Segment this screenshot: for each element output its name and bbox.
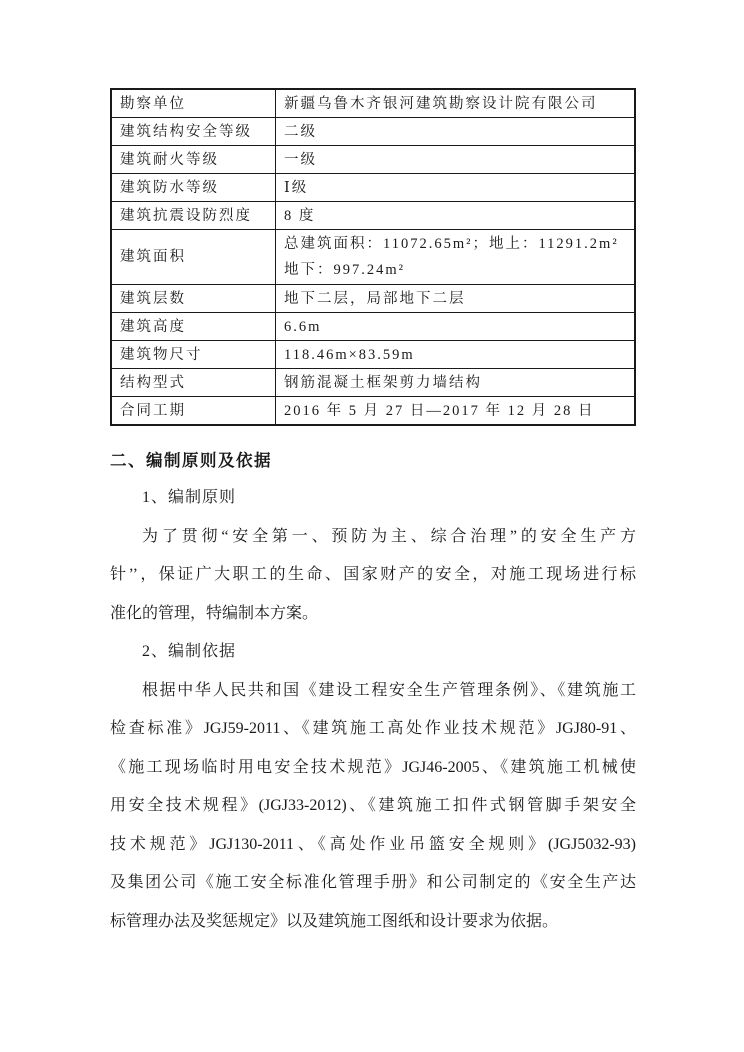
paragraph-line: 及集团公司《施工安全标准化管理手册》和公司制定的《安全生产达 — [110, 864, 636, 903]
row-label: 建筑物尺寸 — [111, 341, 276, 369]
row-label: 合同工期 — [111, 397, 276, 426]
row-value: 8 度 — [276, 202, 636, 230]
paragraph-line: 技术规范》JGJ130-2011、《高处作业吊篮安全规则》(JGJ5032-93… — [110, 826, 636, 865]
table-row: 建筑结构安全等级 二级 — [111, 118, 635, 146]
paragraph-line: 针’’，保证广大职工的生命、国家财产的安全，对施工现场进行标 — [110, 556, 636, 595]
row-value: 一级 — [276, 146, 636, 174]
paragraph-line: 为了贯彻“安全第一、预防为主、综合治理”的安全生产方 — [110, 518, 636, 557]
section-2: 二、编制原则及依据 1、编制原则 为了贯彻“安全第一、预防为主、综合治理”的安全… — [110, 450, 636, 941]
subheading-2: 2、编制依据 — [110, 633, 636, 672]
table-row: 建筑防水等级 Ⅰ级 — [111, 174, 635, 202]
document-page: 勘察单位 新疆乌鲁木齐银河建筑勘察设计院有限公司 建筑结构安全等级 二级 建筑耐… — [0, 0, 744, 1052]
row-label: 建筑高度 — [111, 313, 276, 341]
subheading-1: 1、编制原则 — [110, 479, 636, 518]
paragraph-line: 标管理办法及奖惩规定》以及建筑施工图纸和设计要求为依据。 — [110, 903, 636, 942]
row-label: 建筑面积 — [111, 230, 276, 285]
row-value: 6.6m — [276, 313, 636, 341]
row-value: 118.46m×83.59m — [276, 341, 636, 369]
table-row: 建筑层数 地下二层，局部地下二层 — [111, 285, 635, 313]
project-info-table: 勘察单位 新疆乌鲁木齐银河建筑勘察设计院有限公司 建筑结构安全等级 二级 建筑耐… — [110, 88, 636, 426]
table-row: 建筑抗震设防烈度 8 度 — [111, 202, 635, 230]
section-heading: 二、编制原则及依据 — [110, 450, 636, 472]
row-value: 新疆乌鲁木齐银河建筑勘察设计院有限公司 — [276, 89, 636, 118]
row-value: 地下二层，局部地下二层 — [276, 285, 636, 313]
table-row: 建筑面积 总建筑面积：11072.65m²；地上：11291.2m² 地下：99… — [111, 230, 635, 285]
table-row: 建筑物尺寸 118.46m×83.59m — [111, 341, 635, 369]
paragraph-line: 用安全技术规程》(JGJ33-2012)、《建筑施工扣件式钢管脚手架安全 — [110, 787, 636, 826]
row-value: 二级 — [276, 118, 636, 146]
table-row: 勘察单位 新疆乌鲁木齐银河建筑勘察设计院有限公司 — [111, 89, 635, 118]
row-label: 建筑防水等级 — [111, 174, 276, 202]
row-value: 总建筑面积：11072.65m²；地上：11291.2m² 地下：997.24m… — [276, 230, 636, 285]
table-row: 合同工期 2016 年 5 月 27 日—2017 年 12 月 28 日 — [111, 397, 635, 426]
row-label: 建筑结构安全等级 — [111, 118, 276, 146]
paragraph-line: 《施工现场临时用电安全技术规范》JGJ46-2005、《建筑施工机械使 — [110, 749, 636, 788]
paragraph-line: 检查标准》JGJ59-2011、《建筑施工高处作业技术规范》JGJ80-91、 — [110, 710, 636, 749]
paragraph-line: 根据中华人民共和国《建设工程安全生产管理条例》、《建筑施工 — [110, 672, 636, 711]
row-label: 建筑抗震设防烈度 — [111, 202, 276, 230]
row-label: 建筑层数 — [111, 285, 276, 313]
row-value: 钢筋混凝土框架剪力墙结构 — [276, 369, 636, 397]
paragraph-line: 准化的管理，特编制本方案。 — [110, 595, 636, 634]
row-value: 2016 年 5 月 27 日—2017 年 12 月 28 日 — [276, 397, 636, 426]
row-label: 勘察单位 — [111, 89, 276, 118]
table-row: 建筑耐火等级 一级 — [111, 146, 635, 174]
row-label: 建筑耐火等级 — [111, 146, 276, 174]
row-label: 结构型式 — [111, 369, 276, 397]
table-row: 结构型式 钢筋混凝土框架剪力墙结构 — [111, 369, 635, 397]
table-row: 建筑高度 6.6m — [111, 313, 635, 341]
row-value: Ⅰ级 — [276, 174, 636, 202]
